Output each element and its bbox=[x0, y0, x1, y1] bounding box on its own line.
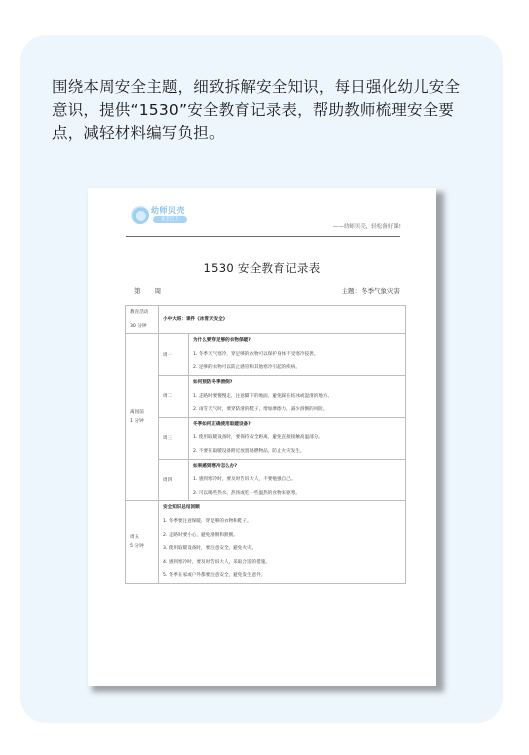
activity-label-cell: 教育活动 30 分钟 bbox=[126, 306, 159, 334]
day-cell: 周四 bbox=[159, 459, 189, 501]
day-content-cell: 冬季如何正确使用取暖设备? 1. 使用取暖设备时，要保持安全距离，避免直接接触高… bbox=[189, 417, 406, 459]
document-title: 1530 安全教育记录表 bbox=[88, 260, 436, 276]
friday-content-cell: 安全知识总结回顾 1. 冬季要注意保暖，穿足够的衣物和鞋子。 2. 走路时要小心… bbox=[159, 501, 406, 584]
table-row: 教育活动 30 分钟 小中大班：课件《冰雪天安全》 bbox=[126, 306, 406, 334]
table-row: 周三 冬季如何正确使用取暖设备? 1. 使用取暖设备时，要保持安全距离，避免直接… bbox=[126, 417, 406, 459]
before-leave-label-cell: 离园前 1 分钟 bbox=[126, 334, 159, 501]
logo-name: 幼师贝壳 bbox=[151, 205, 185, 216]
day-cell: 周三 bbox=[159, 417, 189, 459]
week-theme-row: 第 周 主题：冬季气象灾害 bbox=[134, 286, 400, 296]
day-content-cell: 为什么要穿足够的衣物保暖? 1. 冬季天气寒冷，穿足够的衣物可以保护身体不受寒冷… bbox=[189, 334, 406, 376]
logo-subtitle: 安全巴士 bbox=[153, 216, 187, 223]
day-cell: 周二 bbox=[159, 375, 189, 417]
table-row: 离园前 1 分钟 周一 为什么要穿足够的衣物保暖? 1. 冬季天气寒冷，穿足够的… bbox=[126, 334, 406, 376]
day-content-cell: 如果感到寒冷怎么办? 1. 感到寒冷时，要及时告诉大人，不要勉强自己。 2. 可… bbox=[189, 459, 406, 501]
activity-content-cell: 小中大班：课件《冰雪天安全》 bbox=[159, 306, 406, 334]
table-row: 周四 如果感到寒冷怎么办? 1. 感到寒冷时，要及时告诉大人，不要勉强自己。 2… bbox=[126, 459, 406, 501]
table-row: 周五 5 分钟 安全知识总结回顾 1. 冬季要注意保暖，穿足够的衣物和鞋子。 2… bbox=[126, 501, 406, 584]
week-label: 第 周 bbox=[134, 286, 161, 295]
slogan: ——幼师贝壳，轻松备好课! bbox=[333, 222, 401, 230]
safety-record-table: 教育活动 30 分钟 小中大班：课件《冰雪天安全》 离园前 1 分钟 周一 为什… bbox=[125, 305, 406, 584]
brand-logo: 幼师贝壳 安全巴士 bbox=[131, 205, 201, 229]
friday-label-cell: 周五 5 分钟 bbox=[126, 501, 159, 584]
day-content-cell: 如何预防冬季滑倒? 1. 走路时要慢慢走，注意脚下的地面，避免踩在结冰或湿滑的地… bbox=[189, 375, 406, 417]
header-divider bbox=[126, 236, 400, 237]
shell-logo-icon bbox=[131, 206, 149, 224]
theme-label: 主题：冬季气象灾害 bbox=[342, 286, 401, 295]
table-row: 周二 如何预防冬季滑倒? 1. 走路时要慢慢走，注意脚下的地面，避免踩在结冰或湿… bbox=[126, 375, 406, 417]
day-cell: 周一 bbox=[159, 334, 189, 376]
document-preview: 幼师贝壳 安全巴士 ——幼师贝壳，轻松备好课! 1530 安全教育记录表 第 周… bbox=[88, 188, 436, 686]
intro-text: 围绕本周安全主题，细致拆解安全知识，每日强化幼儿安全意识，提供“1530”安全教… bbox=[52, 76, 472, 145]
